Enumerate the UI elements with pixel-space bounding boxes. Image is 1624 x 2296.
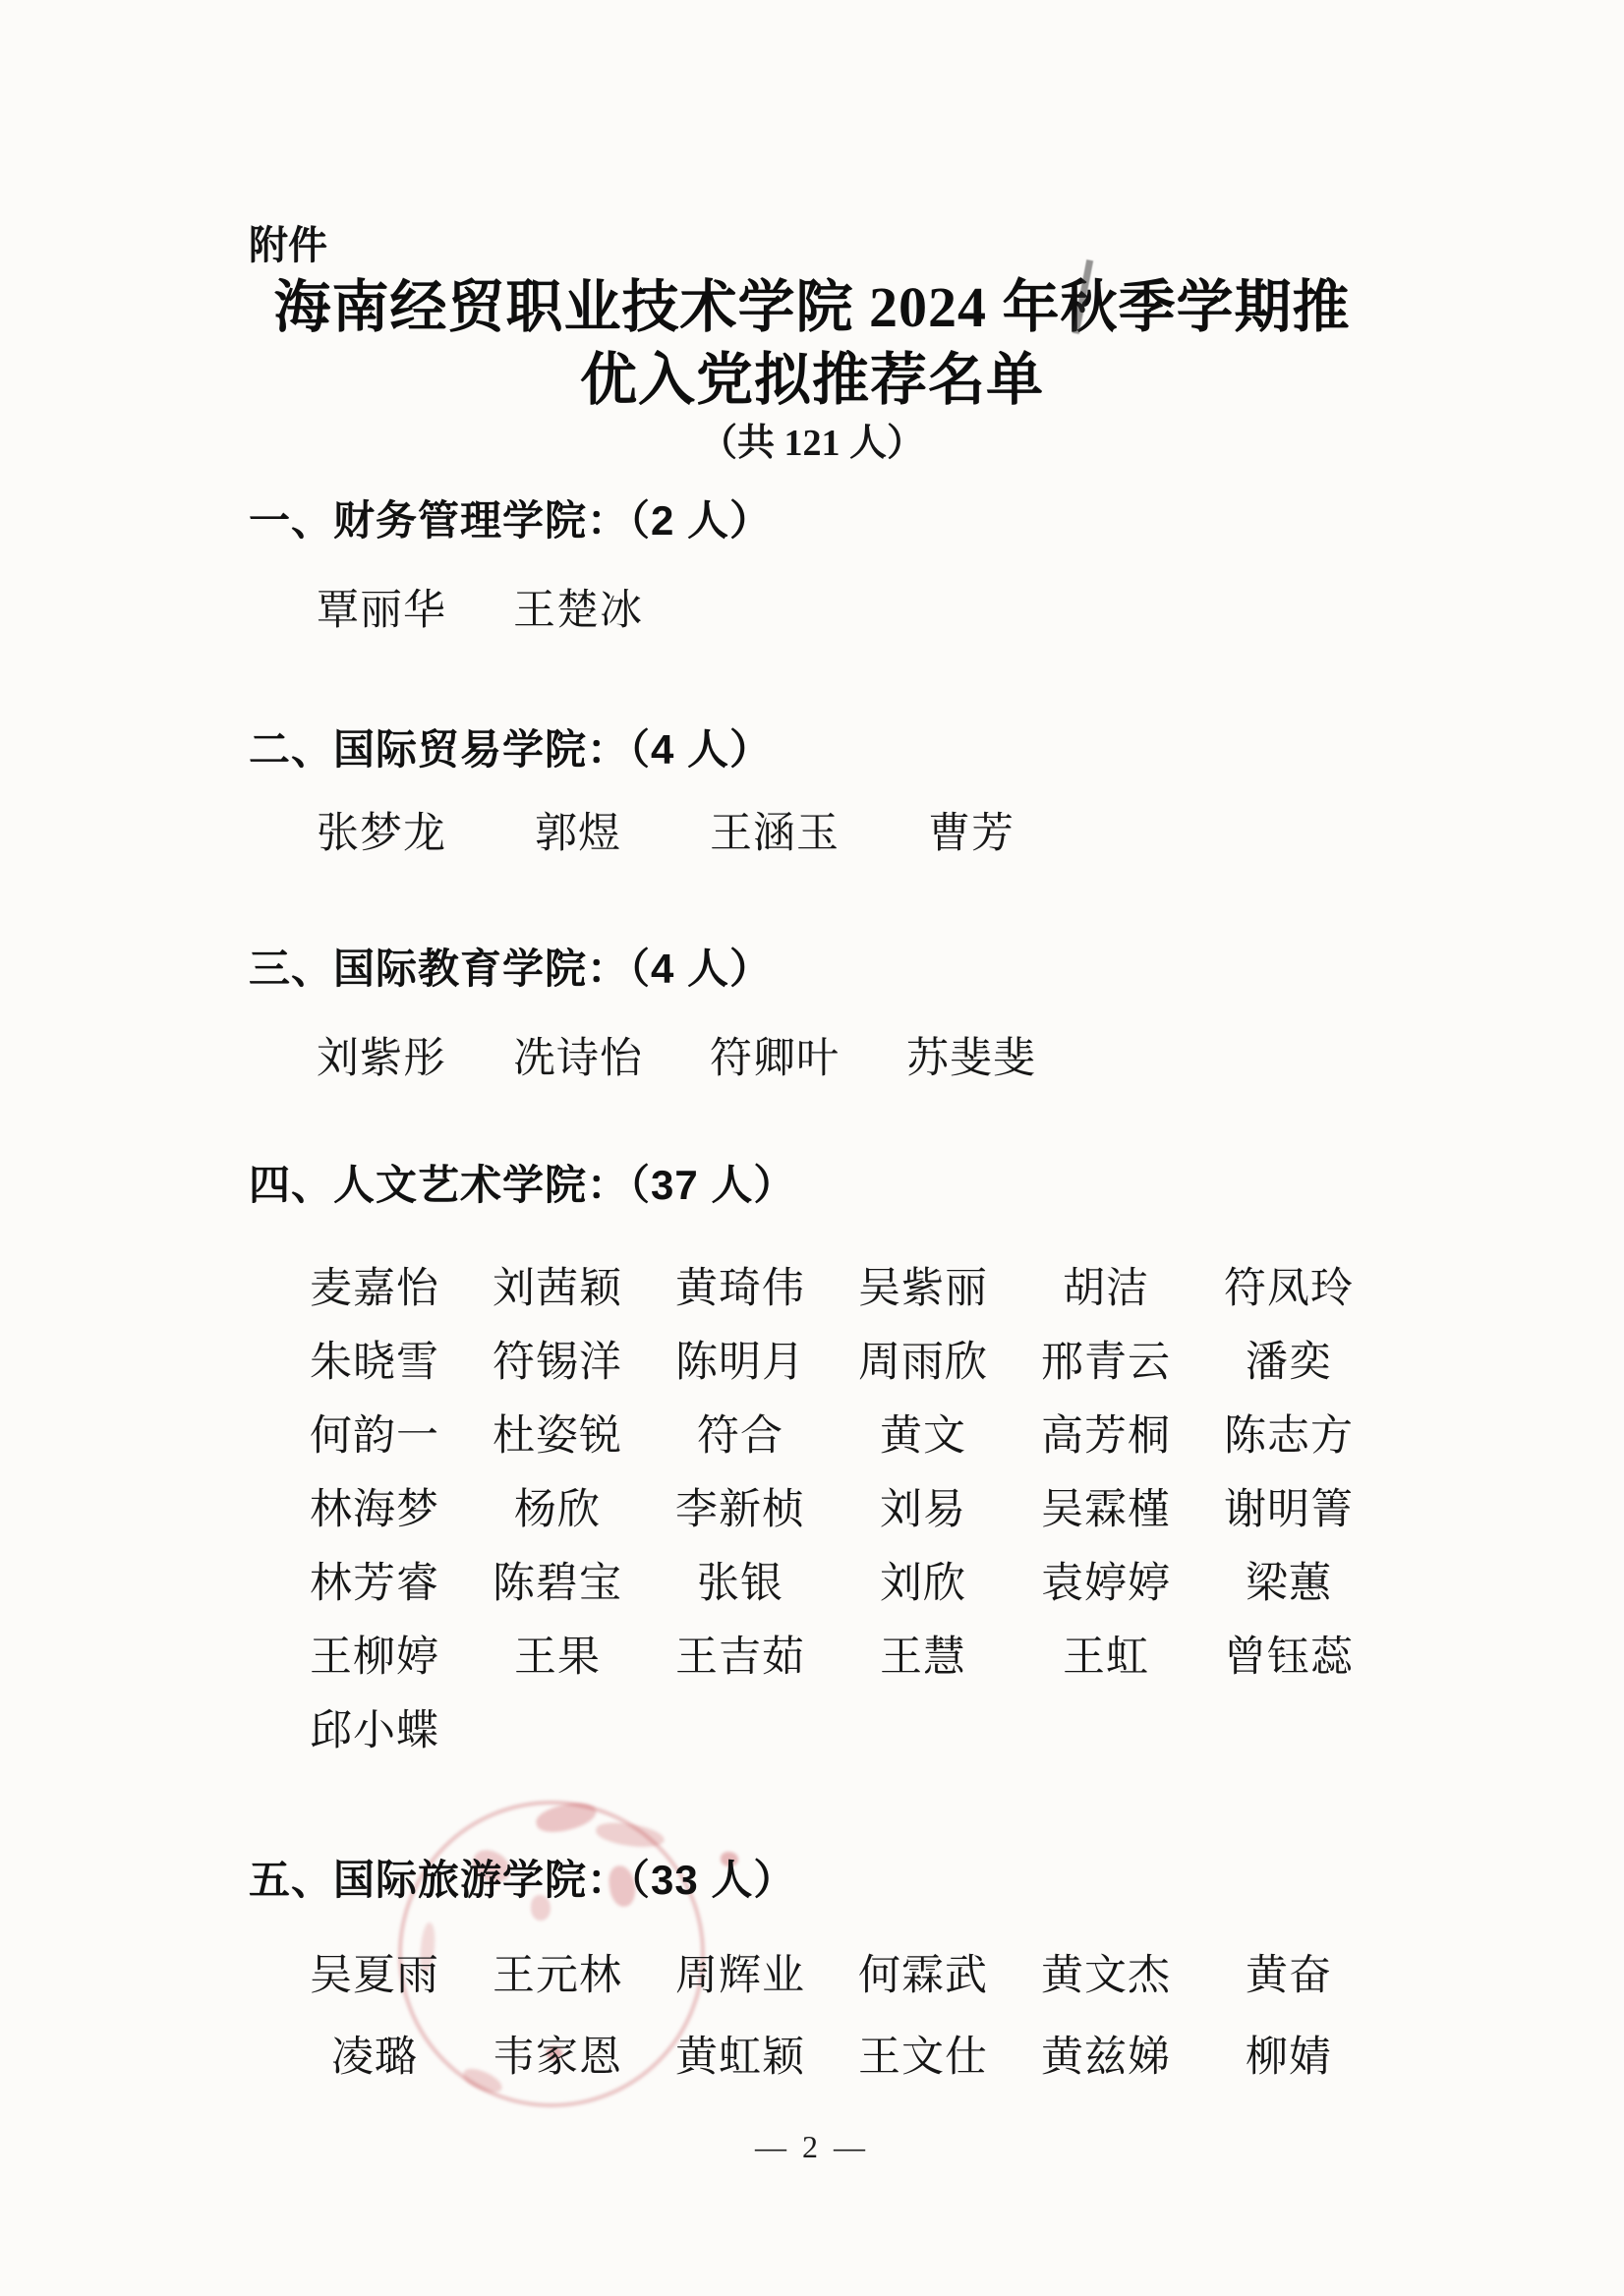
person-name: 陈明月 <box>649 1329 832 1389</box>
person-name: 符凤玲 <box>1197 1255 1380 1315</box>
person-name: 黄奋 <box>1197 1942 1380 2002</box>
person-name: 邢青云 <box>1015 1329 1197 1389</box>
person-name: 杨欣 <box>466 1476 649 1536</box>
person-name: 黄文 <box>832 1403 1015 1463</box>
person-name: 覃丽华 <box>283 577 480 637</box>
person-name: 王虹 <box>1015 1624 1197 1684</box>
name-grid: 张梦龙郭煜王涵玉曹芳 <box>283 793 1565 867</box>
person-name: 刘紫彤 <box>283 1025 480 1085</box>
document-title-line2: 优入党拟推荐名单 <box>0 344 1624 417</box>
person-name: 高芳桐 <box>1015 1403 1197 1463</box>
name-row: 吴夏雨王元林周辉业何霖武黄文杰黄奋 <box>283 1931 1565 2013</box>
person-name: 王吉茹 <box>649 1624 832 1684</box>
person-name: 王元林 <box>466 1942 649 2002</box>
person-name: 黄兹娣 <box>1015 2024 1197 2084</box>
person-name: 梁蕙 <box>1197 1550 1380 1610</box>
section-heading: 一、财务管理学院：（2 人） <box>249 493 772 548</box>
section-heading: 五、国际旅游学院：（33 人） <box>249 1853 795 1908</box>
person-name: 吴霖槿 <box>1015 1476 1197 1536</box>
person-name: 谢明箐 <box>1197 1476 1380 1536</box>
person-name: 何霖武 <box>832 1942 1015 2002</box>
name-row: 林海梦杨欣李新桢刘易吴霖槿谢明箐 <box>283 1469 1565 1543</box>
section-heading: 三、国际教育学院：（4 人） <box>249 942 772 997</box>
person-name: 冼诗怡 <box>480 1025 676 1085</box>
person-name: 杜姿锐 <box>466 1403 649 1463</box>
total-count: （共 121 人） <box>0 421 1624 466</box>
person-name: 王涵玉 <box>676 800 873 860</box>
person-name: 林海梦 <box>283 1476 466 1536</box>
person-name: 周雨欣 <box>832 1329 1015 1389</box>
person-name: 何韵一 <box>283 1403 466 1463</box>
name-row: 王柳婷王果王吉茹王慧王虹曾钰蕊 <box>283 1617 1565 1691</box>
name-row: 张梦龙郭煜王涵玉曹芳 <box>283 793 1565 867</box>
person-name: 陈志方 <box>1197 1403 1380 1463</box>
person-name: 吴夏雨 <box>283 1942 466 2002</box>
person-name: 符锡洋 <box>466 1329 649 1389</box>
scanned-document-page: 附件 海南经贸职业技术学院 2024 年秋季学期推 优入党拟推荐名单 （共 12… <box>0 0 1624 2296</box>
name-row: 覃丽华王楚冰 <box>283 570 1565 644</box>
name-row: 麦嘉怡刘茜颖黄琦伟吴紫丽胡洁符凤玲 <box>283 1248 1565 1322</box>
person-name: 王楚冰 <box>480 577 676 637</box>
person-name: 韦家恩 <box>466 2024 649 2084</box>
person-name: 刘易 <box>832 1476 1015 1536</box>
person-name: 刘欣 <box>832 1550 1015 1610</box>
person-name: 曾钰蕊 <box>1197 1624 1380 1684</box>
person-name: 郭煜 <box>480 800 676 860</box>
document-title-line1: 海南经贸职业技术学院 2024 年秋季学期推 <box>0 271 1624 344</box>
person-name: 刘茜颖 <box>466 1255 649 1315</box>
name-grid: 刘紫彤冼诗怡符卿叶苏斐斐 <box>283 1018 1565 1092</box>
name-row: 何韵一杜姿锐符合黄文高芳桐陈志方 <box>283 1396 1565 1469</box>
person-name: 黄虹颖 <box>649 2024 832 2084</box>
name-row: 朱晓雪符锡洋陈明月周雨欣邢青云潘奕 <box>283 1322 1565 1396</box>
person-name: 符卿叶 <box>676 1025 873 1085</box>
person-name: 黄琦伟 <box>649 1255 832 1315</box>
person-name: 邱小蝶 <box>283 1697 466 1757</box>
name-grid: 吴夏雨王元林周辉业何霖武黄文杰黄奋凌璐韦家恩黄虹颖王文仕黄兹娣柳婧 <box>283 1931 1565 2095</box>
person-name: 张梦龙 <box>283 800 480 860</box>
name-row: 凌璐韦家恩黄虹颖王文仕黄兹娣柳婧 <box>283 2013 1565 2095</box>
person-name: 苏斐斐 <box>873 1025 1070 1085</box>
person-name: 凌璐 <box>283 2024 466 2084</box>
person-name: 张银 <box>649 1550 832 1610</box>
person-name: 陈碧宝 <box>466 1550 649 1610</box>
person-name: 王果 <box>466 1624 649 1684</box>
name-row: 刘紫彤冼诗怡符卿叶苏斐斐 <box>283 1018 1565 1092</box>
person-name: 胡洁 <box>1015 1255 1197 1315</box>
person-name: 潘奕 <box>1197 1329 1380 1389</box>
person-name: 麦嘉怡 <box>283 1255 466 1315</box>
name-row: 林芳睿陈碧宝张银刘欣袁婷婷梁蕙 <box>283 1543 1565 1617</box>
attachment-label: 附件 <box>249 224 327 267</box>
person-name: 曹芳 <box>873 800 1070 860</box>
person-name: 朱晓雪 <box>283 1329 466 1389</box>
person-name: 王慧 <box>832 1624 1015 1684</box>
person-name: 王柳婷 <box>283 1624 466 1684</box>
person-name: 李新桢 <box>649 1476 832 1536</box>
person-name: 王文仕 <box>832 2024 1015 2084</box>
person-name: 周辉业 <box>649 1942 832 2002</box>
person-name: 林芳睿 <box>283 1550 466 1610</box>
section-heading: 二、国际贸易学院：（4 人） <box>249 722 772 777</box>
person-name: 黄文杰 <box>1015 1942 1197 2002</box>
name-grid: 麦嘉怡刘茜颖黄琦伟吴紫丽胡洁符凤玲朱晓雪符锡洋陈明月周雨欣邢青云潘奕何韵一杜姿锐… <box>283 1248 1565 1764</box>
document-title: 海南经贸职业技术学院 2024 年秋季学期推 优入党拟推荐名单 <box>0 271 1624 417</box>
person-name: 袁婷婷 <box>1015 1550 1197 1610</box>
name-grid: 覃丽华王楚冰 <box>283 570 1565 644</box>
person-name: 柳婧 <box>1197 2024 1380 2084</box>
name-row: 邱小蝶 <box>283 1691 1565 1764</box>
page-number: — 2 — <box>0 2129 1624 2165</box>
person-name: 吴紫丽 <box>832 1255 1015 1315</box>
section-heading: 四、人文艺术学院：（37 人） <box>249 1158 795 1213</box>
person-name: 符合 <box>649 1403 832 1463</box>
